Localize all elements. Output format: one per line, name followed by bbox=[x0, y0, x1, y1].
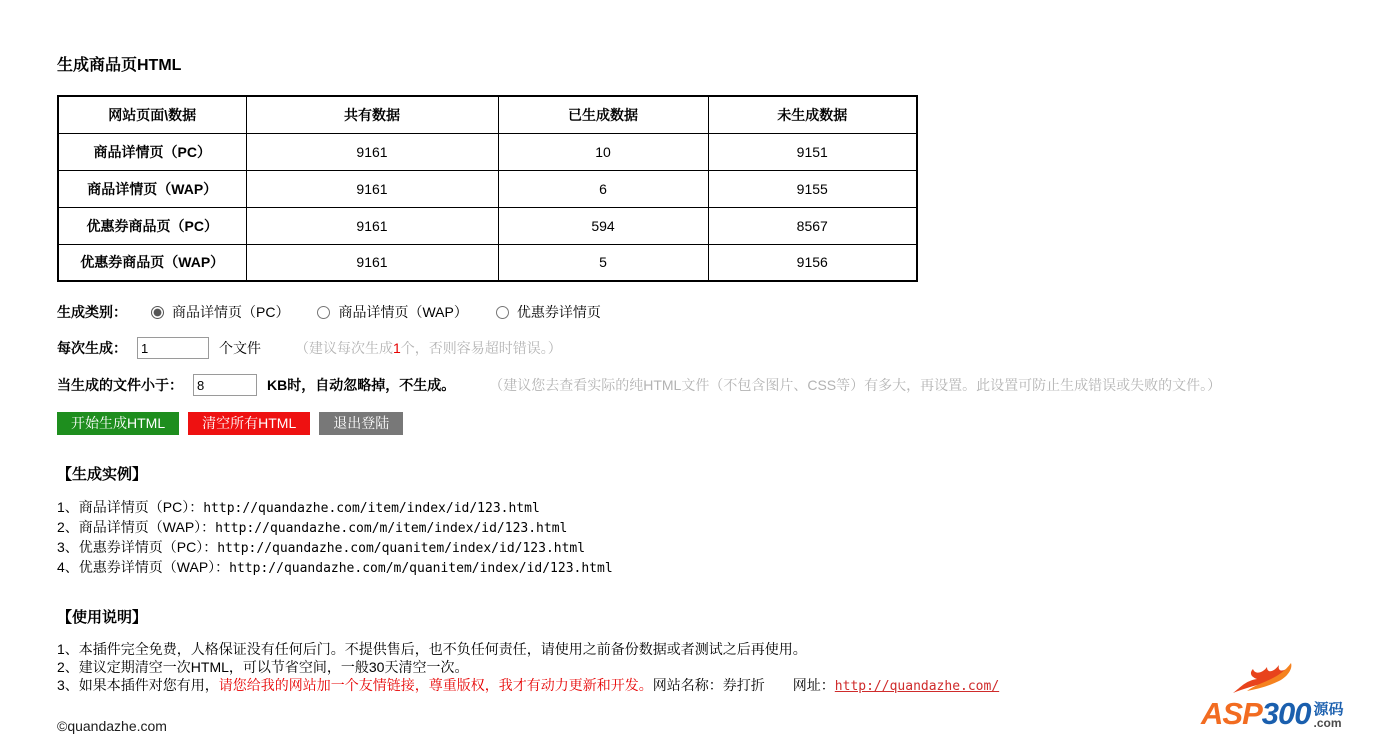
radio-coupon[interactable] bbox=[496, 306, 509, 319]
instructions-list: 1、本插件完全免费，人格保证没有任何后门。不提供售后，也不负任何责任，请使用之前… bbox=[57, 640, 1367, 696]
cell-total: 9161 bbox=[246, 133, 498, 170]
radio-label: 优惠券详情页 bbox=[517, 302, 601, 322]
instructions-heading: 【使用说明】 bbox=[57, 606, 1367, 627]
header-page-data: 网站页面\数据 bbox=[58, 96, 246, 133]
per-generate-hint: （建议每次生成1个，否则容易超时错误。） bbox=[295, 338, 562, 358]
row-label: 商品详情页（PC） bbox=[58, 133, 246, 170]
radio-item-wap[interactable] bbox=[317, 306, 330, 319]
cell-generated: 6 bbox=[498, 170, 708, 207]
radio-label: 商品详情页（PC） bbox=[172, 302, 289, 322]
cell-generated: 594 bbox=[498, 207, 708, 244]
category-label: 生成类别： bbox=[57, 302, 127, 322]
main-content: 生成商品页HTML 网站页面\数据 共有数据 已生成数据 未生成数据 商品详情页… bbox=[57, 52, 1367, 734]
logo-com: .com bbox=[1313, 717, 1343, 729]
instr-mid: 网站名称：券打折 网址： bbox=[653, 677, 835, 693]
example-label: 3、优惠券详情页（PC）： bbox=[57, 539, 217, 555]
table-row: 优惠券商品页（PC） 9161 594 8567 bbox=[58, 207, 917, 244]
table-header-row: 网站页面\数据 共有数据 已生成数据 未生成数据 bbox=[58, 96, 917, 133]
start-generate-button[interactable]: 开始生成HTML bbox=[57, 412, 179, 435]
clear-html-button[interactable]: 清空所有HTML bbox=[188, 412, 310, 435]
asp300-logo: ASP 300 源码 .com bbox=[1201, 679, 1381, 731]
examples-heading: 【生成实例】 bbox=[57, 463, 1367, 484]
example-url: http://quandazhe.com/m/quanitem/index/id… bbox=[229, 561, 613, 576]
radio-option-item-wap[interactable]: 商品详情页（WAP） bbox=[317, 302, 467, 322]
min-size-row: 当生成的文件小于： KB时，自动忽略掉，不生成。 （建议您去查看实际的纯HTML… bbox=[57, 374, 1367, 396]
list-item: 1、本插件完全免费，人格保证没有任何后门。不提供售后，也不负任何责任，请使用之前… bbox=[57, 640, 1367, 658]
cell-ungenerated: 8567 bbox=[708, 207, 917, 244]
quandazhe-link[interactable]: http://quandazhe.com/ bbox=[835, 679, 999, 694]
example-url: http://quandazhe.com/m/item/index/id/123… bbox=[215, 521, 567, 536]
cell-ungenerated: 9155 bbox=[708, 170, 917, 207]
per-generate-row: 每次生成： 个文件 （建议每次生成1个，否则容易超时错误。） bbox=[57, 337, 1367, 359]
table-row: 优惠券商品页（WAP） 9161 5 9156 bbox=[58, 244, 917, 281]
hint-highlight: 1 bbox=[393, 340, 401, 356]
list-item: 3、如果本插件对您有用，请您给我的网站加一个友情链接，尊重版权，我才有动力更新和… bbox=[57, 676, 1367, 696]
logo-300: 300 bbox=[1262, 699, 1311, 729]
page-title: 生成商品页HTML bbox=[57, 52, 1367, 75]
generation-stats-table: 网站页面\数据 共有数据 已生成数据 未生成数据 商品详情页（PC） 9161 … bbox=[57, 95, 918, 282]
cell-total: 9161 bbox=[246, 207, 498, 244]
example-url: http://quandazhe.com/item/index/id/123.h… bbox=[203, 501, 540, 516]
logo-yuanma: 源码 bbox=[1313, 702, 1343, 717]
radio-option-coupon[interactable]: 优惠券详情页 bbox=[496, 302, 601, 322]
example-label: 4、优惠券详情页（WAP）： bbox=[57, 559, 229, 575]
instr-prefix: 3、如果本插件对您有用， bbox=[57, 677, 219, 693]
table-row: 商品详情页（PC） 9161 10 9151 bbox=[58, 133, 917, 170]
min-size-suffix: KB时，自动忽略掉，不生成。 bbox=[267, 375, 455, 395]
row-label: 优惠券商品页（WAP） bbox=[58, 244, 246, 281]
copyright-text: ©quandazhe.com bbox=[57, 718, 1367, 734]
list-item: 3、优惠券详情页（PC）：http://quandazhe.com/quanit… bbox=[57, 538, 1367, 558]
example-url: http://quandazhe.com/quanitem/index/id/1… bbox=[217, 541, 585, 556]
action-buttons: 开始生成HTML 清空所有HTML 退出登陆 bbox=[57, 412, 1367, 435]
cell-ungenerated: 9151 bbox=[708, 133, 917, 170]
per-generate-suffix: 个文件 bbox=[219, 338, 261, 358]
category-row: 生成类别： 商品详情页（PC） 商品详情页（WAP） 优惠券详情页 bbox=[57, 302, 1367, 322]
list-item: 2、建议定期清空一次HTML，可以节省空间，一般30天清空一次。 bbox=[57, 658, 1367, 676]
table-row: 商品详情页（WAP） 9161 6 9155 bbox=[58, 170, 917, 207]
list-item: 4、优惠券详情页（WAP）：http://quandazhe.com/m/qua… bbox=[57, 558, 1367, 578]
min-size-input[interactable] bbox=[193, 374, 257, 396]
list-item: 2、商品详情页（WAP）：http://quandazhe.com/m/item… bbox=[57, 518, 1367, 538]
examples-list: 1、商品详情页（PC）：http://quandazhe.com/item/in… bbox=[57, 498, 1367, 578]
header-total: 共有数据 bbox=[246, 96, 498, 133]
logout-button[interactable]: 退出登陆 bbox=[319, 412, 403, 435]
cell-generated: 10 bbox=[498, 133, 708, 170]
logo-text: ASP 300 源码 .com bbox=[1201, 699, 1344, 729]
radio-label: 商品详情页（WAP） bbox=[338, 302, 467, 322]
example-label: 1、商品详情页（PC）： bbox=[57, 499, 203, 515]
logo-asp: ASP bbox=[1201, 699, 1262, 729]
example-label: 2、商品详情页（WAP）： bbox=[57, 519, 215, 535]
per-generate-label: 每次生成： bbox=[57, 338, 127, 358]
cell-total: 9161 bbox=[246, 244, 498, 281]
header-ungenerated: 未生成数据 bbox=[708, 96, 917, 133]
cell-ungenerated: 9156 bbox=[708, 244, 917, 281]
radio-item-pc[interactable] bbox=[151, 306, 164, 319]
row-label: 优惠券商品页（PC） bbox=[58, 207, 246, 244]
radio-option-item-pc[interactable]: 商品详情页（PC） bbox=[151, 302, 289, 322]
list-item: 1、商品详情页（PC）：http://quandazhe.com/item/in… bbox=[57, 498, 1367, 518]
header-generated: 已生成数据 bbox=[498, 96, 708, 133]
cell-total: 9161 bbox=[246, 170, 498, 207]
cell-generated: 5 bbox=[498, 244, 708, 281]
instr-red-text: 请您给我的网站加一个友情链接，尊重版权，我才有动力更新和开发。 bbox=[219, 677, 653, 693]
per-generate-input[interactable] bbox=[137, 337, 209, 359]
row-label: 商品详情页（WAP） bbox=[58, 170, 246, 207]
min-size-label: 当生成的文件小于： bbox=[57, 375, 183, 395]
min-size-hint: （建议您去查看实际的纯HTML文件（不包含图片、CSS等）有多大，再设置。此设置… bbox=[489, 375, 1221, 395]
flame-icon bbox=[1227, 661, 1307, 695]
